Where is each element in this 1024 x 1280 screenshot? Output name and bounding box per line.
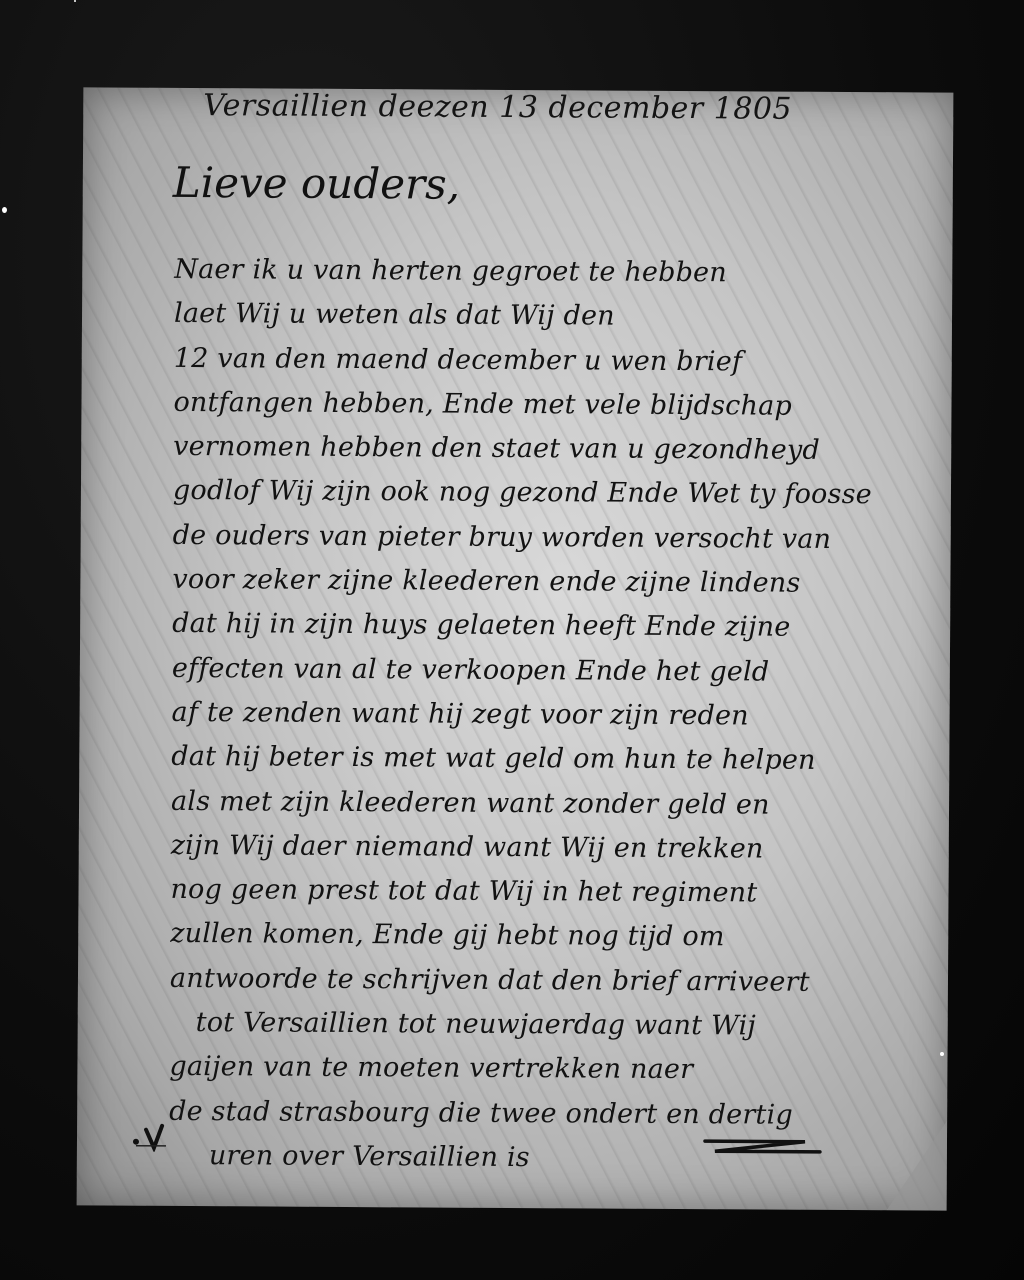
letter-line: af te zenden want hij zegt voor zijn red… <box>171 691 941 740</box>
letter-line: Naer ik u van herten gegroet te hebben <box>174 248 944 297</box>
letter-line: voor zeker zijne kleederen ende zijne li… <box>172 558 942 607</box>
letter-line: tot Versaillien tot neuwjaerdag want Wij <box>170 1001 940 1050</box>
closing-flourish-icon <box>695 1137 825 1156</box>
letter-line: nog geen prest tot dat Wij in het regime… <box>170 868 940 917</box>
letter-line: antwoorde te schrijven dat den brief arr… <box>170 957 940 1006</box>
letter-line: ontfangen hebben, Ende met vele blijdsch… <box>173 381 943 430</box>
letter-line: godlof Wij zijn ook nog gezond Ende Wet … <box>173 469 943 518</box>
folded-corner <box>887 1120 948 1210</box>
letter-dateline: Versaillien deezen 13 december 1805 <box>203 88 792 127</box>
letter-line: zullen komen, Ende gij hebt nog tijd om <box>170 912 940 961</box>
letter-page: Versaillien deezen 13 december 1805 Liev… <box>77 87 954 1210</box>
letter-line: de ouders van pieter bruy worden versoch… <box>173 514 943 563</box>
letter-line: 12 van den maend december u wen brief <box>174 337 944 386</box>
letter-line: gaijen van te moeten vertrekken naer <box>169 1045 939 1094</box>
letter-line: effecten van al te verkoopen Ende het ge… <box>172 647 942 696</box>
letter-line: laet Wij u weten als dat Wij den <box>174 292 944 341</box>
letter-line: dat hij beter is met wat geld om hun te … <box>171 735 941 784</box>
letter-line: de stad strasbourg die twee ondert en de… <box>169 1090 939 1139</box>
letter-salutation: Lieve ouders, <box>173 158 460 209</box>
margin-mark-icon <box>132 1120 168 1152</box>
letter-body: Naer ik u van herten gegroet te hebben l… <box>169 248 945 1183</box>
letter-line: vernomen hebben den staet van u gezondhe… <box>173 425 943 474</box>
letter-line: dat hij in zijn huys gelaeten heeft Ende… <box>172 602 942 651</box>
letter-line: zijn Wij daer niemand want Wij en trekke… <box>171 824 941 873</box>
letter-line: als met zijn kleederen want zonder geld … <box>171 779 941 828</box>
